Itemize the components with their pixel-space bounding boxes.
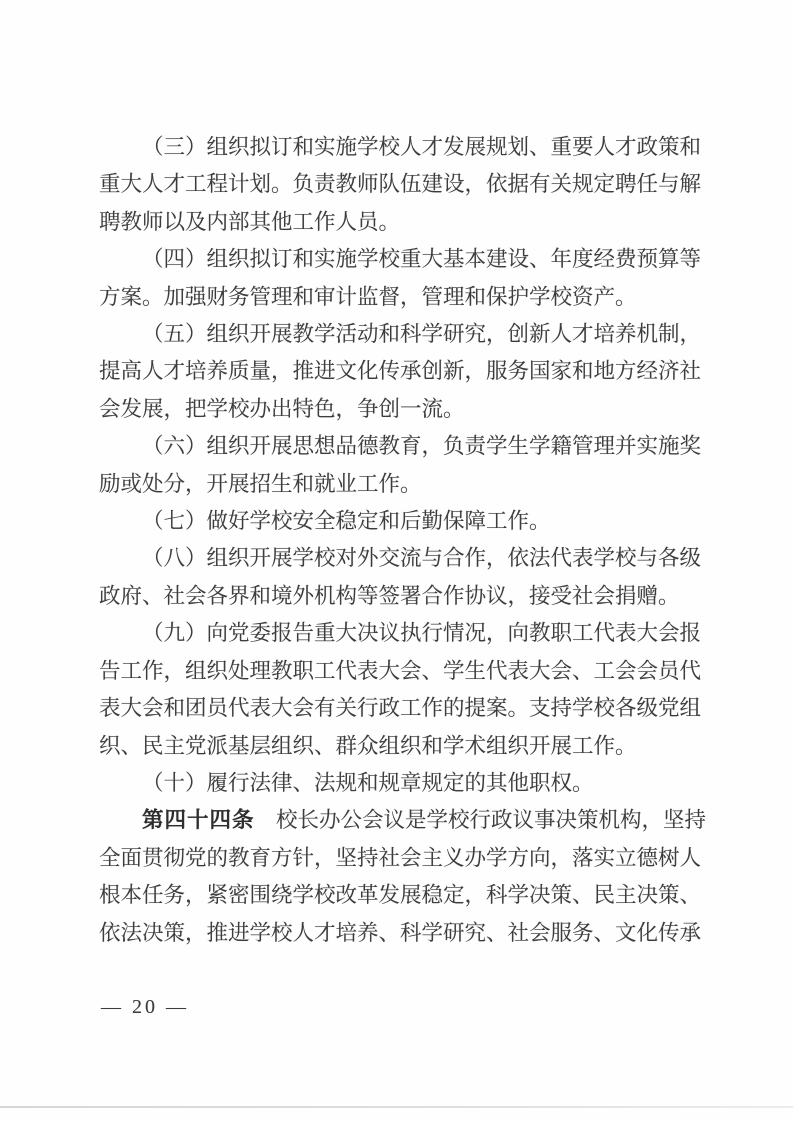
text-line: 依法决策，推进学校人才培养、科学研究、社会服务、文化传承 — [99, 915, 700, 952]
paragraph-clause-9: （九）向党委报告重大决议执行情况，向教职工代表大会报告工作，组织处理教职工代表大… — [99, 615, 700, 765]
text-line: 表大会和团员代表大会有关行政工作的提案。支持学校各级党组 — [99, 690, 700, 727]
text-line: 第四十四条 校长办公会议是学校行政议事决策机构，坚持 — [99, 802, 700, 839]
document-page: （三）组织拟订和实施学校人才发展规划、重要人才政策和重大人才工程计划。负责教师队… — [0, 0, 793, 1121]
text-line: 告工作，组织处理教职工代表大会、学生代表大会、工会会员代 — [99, 653, 700, 690]
text-line: 提高人才培养质量，推进文化传承创新，服务国家和地方经济社 — [99, 353, 700, 390]
paragraph-clause-6: （六）组织开展思想品德教育，负责学生学籍管理并实施奖励或处分，开展招生和就业工作… — [99, 428, 700, 503]
article-number-label: 第四十四条 — [142, 808, 255, 832]
text-line: 全面贯彻党的教育方针，坚持社会主义办学方向，落实立德树人 — [99, 840, 700, 877]
paragraph-clause-10: （十）履行法律、法规和规章规定的其他职权。 — [99, 765, 700, 802]
text-line: 励或处分，开展招生和就业工作。 — [99, 466, 700, 503]
text-line: 根本任务，紧密围绕学校改革发展稳定，科学决策、民主决策、 — [99, 877, 700, 914]
text-line: 方案。加强财务管理和审计监督，管理和保护学校资产。 — [99, 279, 700, 316]
text-line: （三）组织拟订和实施学校人才发展规划、重要人才政策和 — [99, 129, 700, 166]
paragraph-article-44: 第四十四条 校长办公会议是学校行政议事决策机构，坚持全面贯彻党的教育方针，坚持社… — [99, 802, 700, 952]
text-line: （十）履行法律、法规和规章规定的其他职权。 — [99, 765, 700, 802]
text-line: 聘教师以及内部其他工作人员。 — [99, 204, 700, 241]
paragraph-clause-5: （五）组织开展教学活动和科学研究，创新人才培养机制，提高人才培养质量，推进文化传… — [99, 316, 700, 428]
text-line: （四）组织拟订和实施学校重大基本建设、年度经费预算等 — [99, 241, 700, 278]
text-line: （五）组织开展教学活动和科学研究，创新人才培养机制， — [99, 316, 700, 353]
text-line: （七）做好学校安全稳定和后勤保障工作。 — [99, 503, 700, 540]
text-line: 会发展，把学校办出特色，争创一流。 — [99, 391, 700, 428]
text-line: 织、民主党派基层组织、群众组织和学术组织开展工作。 — [99, 728, 700, 765]
page-number: — 20 — — [101, 996, 189, 1019]
scan-edge-artifact — [0, 1106, 793, 1108]
text-line: 政府、社会各界和境外机构等签署合作协议，接受社会捐赠。 — [99, 578, 700, 615]
document-body: （三）组织拟订和实施学校人才发展规划、重要人才政策和重大人才工程计划。负责教师队… — [99, 129, 700, 952]
text-line: 重大人才工程计划。负责教师队伍建设，依据有关规定聘任与解 — [99, 166, 700, 203]
paragraph-clause-4: （四）组织拟订和实施学校重大基本建设、年度经费预算等方案。加强财务管理和审计监督… — [99, 241, 700, 316]
paragraph-clause-8: （八）组织开展学校对外交流与合作，依法代表学校与各级政府、社会各界和境外机构等签… — [99, 540, 700, 615]
text-line: （九）向党委报告重大决议执行情况，向教职工代表大会报 — [99, 615, 700, 652]
paragraph-clause-7: （七）做好学校安全稳定和后勤保障工作。 — [99, 503, 700, 540]
text-line: （六）组织开展思想品德教育，负责学生学籍管理并实施奖 — [99, 428, 700, 465]
text-line: （八）组织开展学校对外交流与合作，依法代表学校与各级 — [99, 540, 700, 577]
paragraph-clause-3: （三）组织拟订和实施学校人才发展规划、重要人才政策和重大人才工程计划。负责教师队… — [99, 129, 700, 241]
